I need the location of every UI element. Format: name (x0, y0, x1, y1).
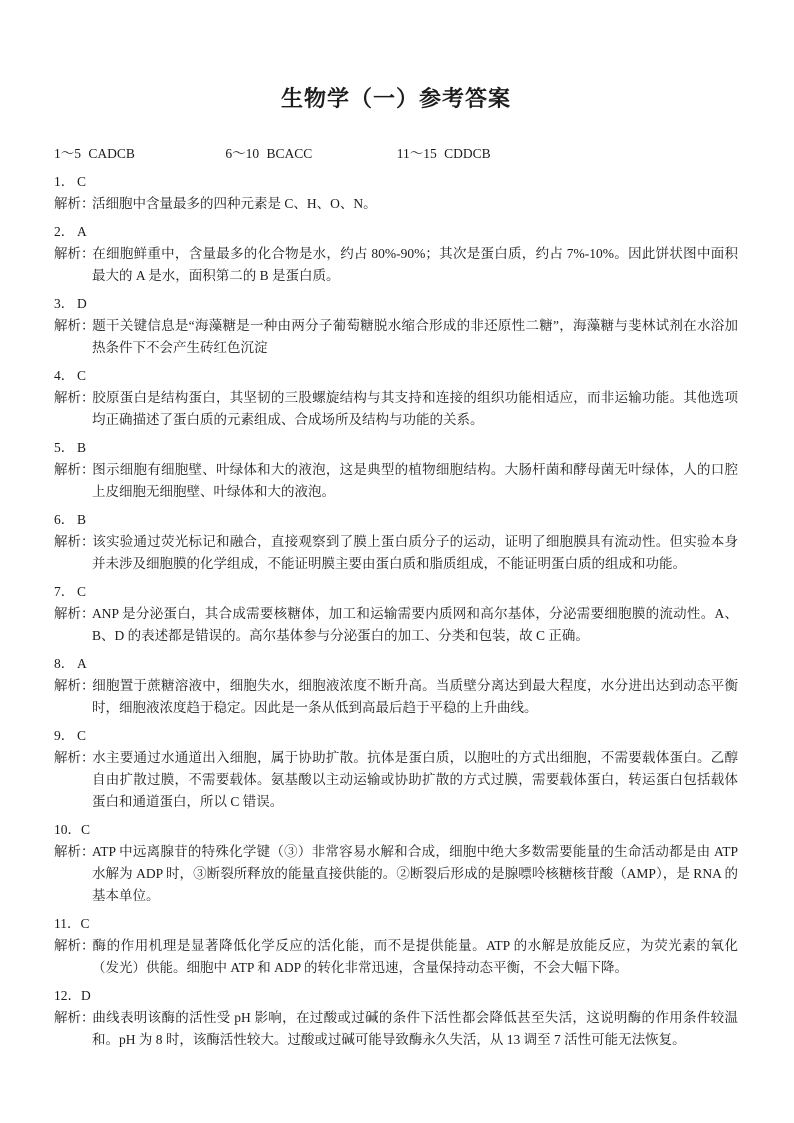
answer-item: 2．A 解析：在细胞鲜重中，含量最多的化合物是水，约占 80%-90%；其次是蛋… (54, 221, 738, 287)
explanation-paragraph: 解析：在细胞鲜重中，含量最多的化合物是水，约占 80%-90%；其次是蛋白质，约… (54, 243, 738, 287)
question-number: 9． (54, 725, 77, 747)
explanation-paragraph: 解析：题干关键信息是“海藻糖是一种由两分子葡萄糖脱水缩合形成的非还原性二糖”，海… (54, 315, 738, 359)
answer-range-summary: 1～5 CADCB (54, 143, 222, 165)
answer-item-head: 4．C (54, 365, 738, 387)
explanation-label: 解析： (54, 935, 92, 957)
explanation-label: 解析： (54, 841, 92, 863)
explanation-label: 解析： (54, 193, 92, 215)
explanation-text: 细胞置于蔗糖溶液中，细胞失水，细胞液浓度不断升高。当质壁分离达到最大程度，水分进… (92, 678, 738, 715)
explanation-paragraph: 解析：图示细胞有细胞壁、叶绿体和大的液泡，这是典型的植物细胞结构。大肠杆菌和酵母… (54, 459, 738, 503)
question-answer: C (77, 728, 86, 743)
answer-item-head: 2．A (54, 221, 738, 243)
answer-item-head: 7．C (54, 581, 738, 603)
question-number: 1． (54, 171, 77, 193)
question-range: 1～5 (54, 146, 81, 161)
question-answer: C (77, 368, 86, 383)
answer-range-summary: 11～15 CDDCB (397, 143, 491, 165)
question-number: 7． (54, 581, 77, 603)
explanation-label: 解析： (54, 387, 92, 409)
explanation-paragraph: 解析：该实验通过荧光标记和融合，直接观察到了膜上蛋白质分子的运动，证明了细胞膜具… (54, 531, 738, 575)
answer-item-head: 10．C (54, 819, 738, 841)
answer-item-head: 12．D (54, 985, 738, 1007)
range-answers: BCACC (267, 146, 313, 161)
range-answers: CDDCB (444, 146, 491, 161)
question-number: 2． (54, 221, 77, 243)
question-number: 8． (54, 653, 77, 675)
page-title: 生物学（一）参考答案 (54, 86, 738, 112)
answer-item-head: 8．A (54, 653, 738, 675)
answer-item: 6．B 解析：该实验通过荧光标记和融合，直接观察到了膜上蛋白质分子的运动，证明了… (54, 509, 738, 575)
answer-item: 9．C 解析：水主要通过水通道出入细胞，属于协助扩散。抗体是蛋白质，以胞吐的方式… (54, 725, 738, 813)
explanation-label: 解析： (54, 315, 92, 337)
answer-item-head: 9．C (54, 725, 738, 747)
answer-item: 7．C 解析：ANP 是分泌蛋白，其合成需要核糖体，加工和运输需要内质网和高尔基… (54, 581, 738, 647)
explanation-text: 曲线表明该酶的活性受 pH 影响，在过酸或过碱的条件下活性都会降低甚至失活，这说… (92, 1010, 738, 1047)
explanation-paragraph: 解析：ATP 中远离腺苷的特殊化学键（③）非常容易水解和合成，细胞中绝大多数需要… (54, 841, 738, 907)
answer-item-head: 3．D (54, 293, 738, 315)
answer-item: 3．D 解析：题干关键信息是“海藻糖是一种由两分子葡萄糖脱水缩合形成的非还原性二… (54, 293, 738, 359)
explanation-paragraph: 解析：活细胞中含量最多的四种元素是 C、H、O、N。 (54, 193, 738, 215)
question-number: 12． (54, 985, 81, 1007)
answer-key-page: 生物学（一）参考答案 1～5 CADCB 6～10 BCACC 11～15 CD… (0, 0, 794, 1123)
explanation-text: 胶原蛋白是结构蛋白，其坚韧的三股螺旋结构与其支持和连接的组织功能相适应，而非运输… (92, 390, 738, 427)
question-number: 4． (54, 365, 77, 387)
explanation-label: 解析： (54, 459, 92, 481)
explanation-label: 解析： (54, 243, 92, 265)
answer-item: 10．C 解析：ATP 中远离腺苷的特殊化学键（③）非常容易水解和合成，细胞中绝… (54, 819, 738, 907)
explanation-label: 解析： (54, 603, 92, 625)
question-answer: B (77, 440, 86, 455)
answer-items: 1．C 解析：活细胞中含量最多的四种元素是 C、H、O、N。 2．A 解析：在细… (54, 171, 738, 1051)
question-answer: D (77, 296, 87, 311)
explanation-label: 解析： (54, 1007, 92, 1029)
answer-summary-row: 1～5 CADCB 6～10 BCACC 11～15 CDDCB (54, 143, 738, 165)
question-answer: B (77, 512, 86, 527)
question-range: 6～10 (225, 146, 259, 161)
answer-item: 11．C 解析：酶的作用机理是显著降低化学反应的活化能，而不是提供能量。ATP … (54, 913, 738, 979)
explanation-text: 该实验通过荧光标记和融合，直接观察到了膜上蛋白质分子的运动，证明了细胞膜具有流动… (92, 534, 738, 571)
explanation-paragraph: 解析：细胞置于蔗糖溶液中，细胞失水，细胞液浓度不断升高。当质壁分离达到最大程度，… (54, 675, 738, 719)
explanation-text: 活细胞中含量最多的四种元素是 C、H、O、N。 (92, 196, 377, 211)
answer-item: 8．A 解析：细胞置于蔗糖溶液中，细胞失水，细胞液浓度不断升高。当质壁分离达到最… (54, 653, 738, 719)
question-answer: D (81, 988, 91, 1003)
explanation-paragraph: 解析：酶的作用机理是显著降低化学反应的活化能，而不是提供能量。ATP 的水解是放… (54, 935, 738, 979)
question-number: 6． (54, 509, 77, 531)
explanation-text: 题干关键信息是“海藻糖是一种由两分子葡萄糖脱水缩合形成的非还原性二糖”，海藻糖与… (92, 318, 738, 355)
answer-item: 12．D 解析：曲线表明该酶的活性受 pH 影响，在过酸或过碱的条件下活性都会降… (54, 985, 738, 1051)
answer-item: 4．C 解析：胶原蛋白是结构蛋白，其坚韧的三股螺旋结构与其支持和连接的组织功能相… (54, 365, 738, 431)
explanation-paragraph: 解析：胶原蛋白是结构蛋白，其坚韧的三股螺旋结构与其支持和连接的组织功能相适应，而… (54, 387, 738, 431)
answer-item-head: 11．C (54, 913, 738, 935)
question-answer: A (77, 224, 87, 239)
question-answer: C (81, 916, 90, 931)
answer-item: 1．C 解析：活细胞中含量最多的四种元素是 C、H、O、N。 (54, 171, 738, 215)
explanation-text: ANP 是分泌蛋白，其合成需要核糖体，加工和运输需要内质网和高尔基体，分泌需要细… (92, 606, 738, 643)
question-answer: C (81, 822, 90, 837)
answer-item: 5．B 解析：图示细胞有细胞壁、叶绿体和大的液泡，这是典型的植物细胞结构。大肠杆… (54, 437, 738, 503)
question-number: 5． (54, 437, 77, 459)
range-answers: CADCB (88, 146, 135, 161)
explanation-label: 解析： (54, 675, 92, 697)
question-answer: C (77, 174, 86, 189)
explanation-text: 在细胞鲜重中，含量最多的化合物是水，约占 80%-90%；其次是蛋白质，约占 7… (92, 246, 738, 283)
explanation-label: 解析： (54, 747, 92, 769)
question-number: 11． (54, 913, 81, 935)
explanation-text: 水主要通过水通道出入细胞，属于协助扩散。抗体是蛋白质，以胞吐的方式出细胞，不需要… (92, 750, 738, 809)
explanation-paragraph: 解析：水主要通过水通道出入细胞，属于协助扩散。抗体是蛋白质，以胞吐的方式出细胞，… (54, 747, 738, 813)
explanation-text: 酶的作用机理是显著降低化学反应的活化能，而不是提供能量。ATP 的水解是放能反应… (92, 938, 738, 975)
question-number: 3． (54, 293, 77, 315)
question-answer: C (77, 584, 86, 599)
answer-item-head: 1．C (54, 171, 738, 193)
question-number: 10． (54, 819, 81, 841)
explanation-paragraph: 解析：ANP 是分泌蛋白，其合成需要核糖体，加工和运输需要内质网和高尔基体，分泌… (54, 603, 738, 647)
answer-range-summary: 6～10 BCACC (225, 143, 393, 165)
explanation-text: ATP 中远离腺苷的特殊化学键（③）非常容易水解和合成，细胞中绝大多数需要能量的… (92, 844, 738, 903)
explanation-text: 图示细胞有细胞壁、叶绿体和大的液泡，这是典型的植物细胞结构。大肠杆菌和酵母菌无叶… (92, 462, 738, 499)
answer-item-head: 6．B (54, 509, 738, 531)
explanation-label: 解析： (54, 531, 92, 553)
question-answer: A (77, 656, 87, 671)
explanation-paragraph: 解析：曲线表明该酶的活性受 pH 影响，在过酸或过碱的条件下活性都会降低甚至失活… (54, 1007, 738, 1051)
question-range: 11～15 (397, 146, 437, 161)
answer-item-head: 5．B (54, 437, 738, 459)
